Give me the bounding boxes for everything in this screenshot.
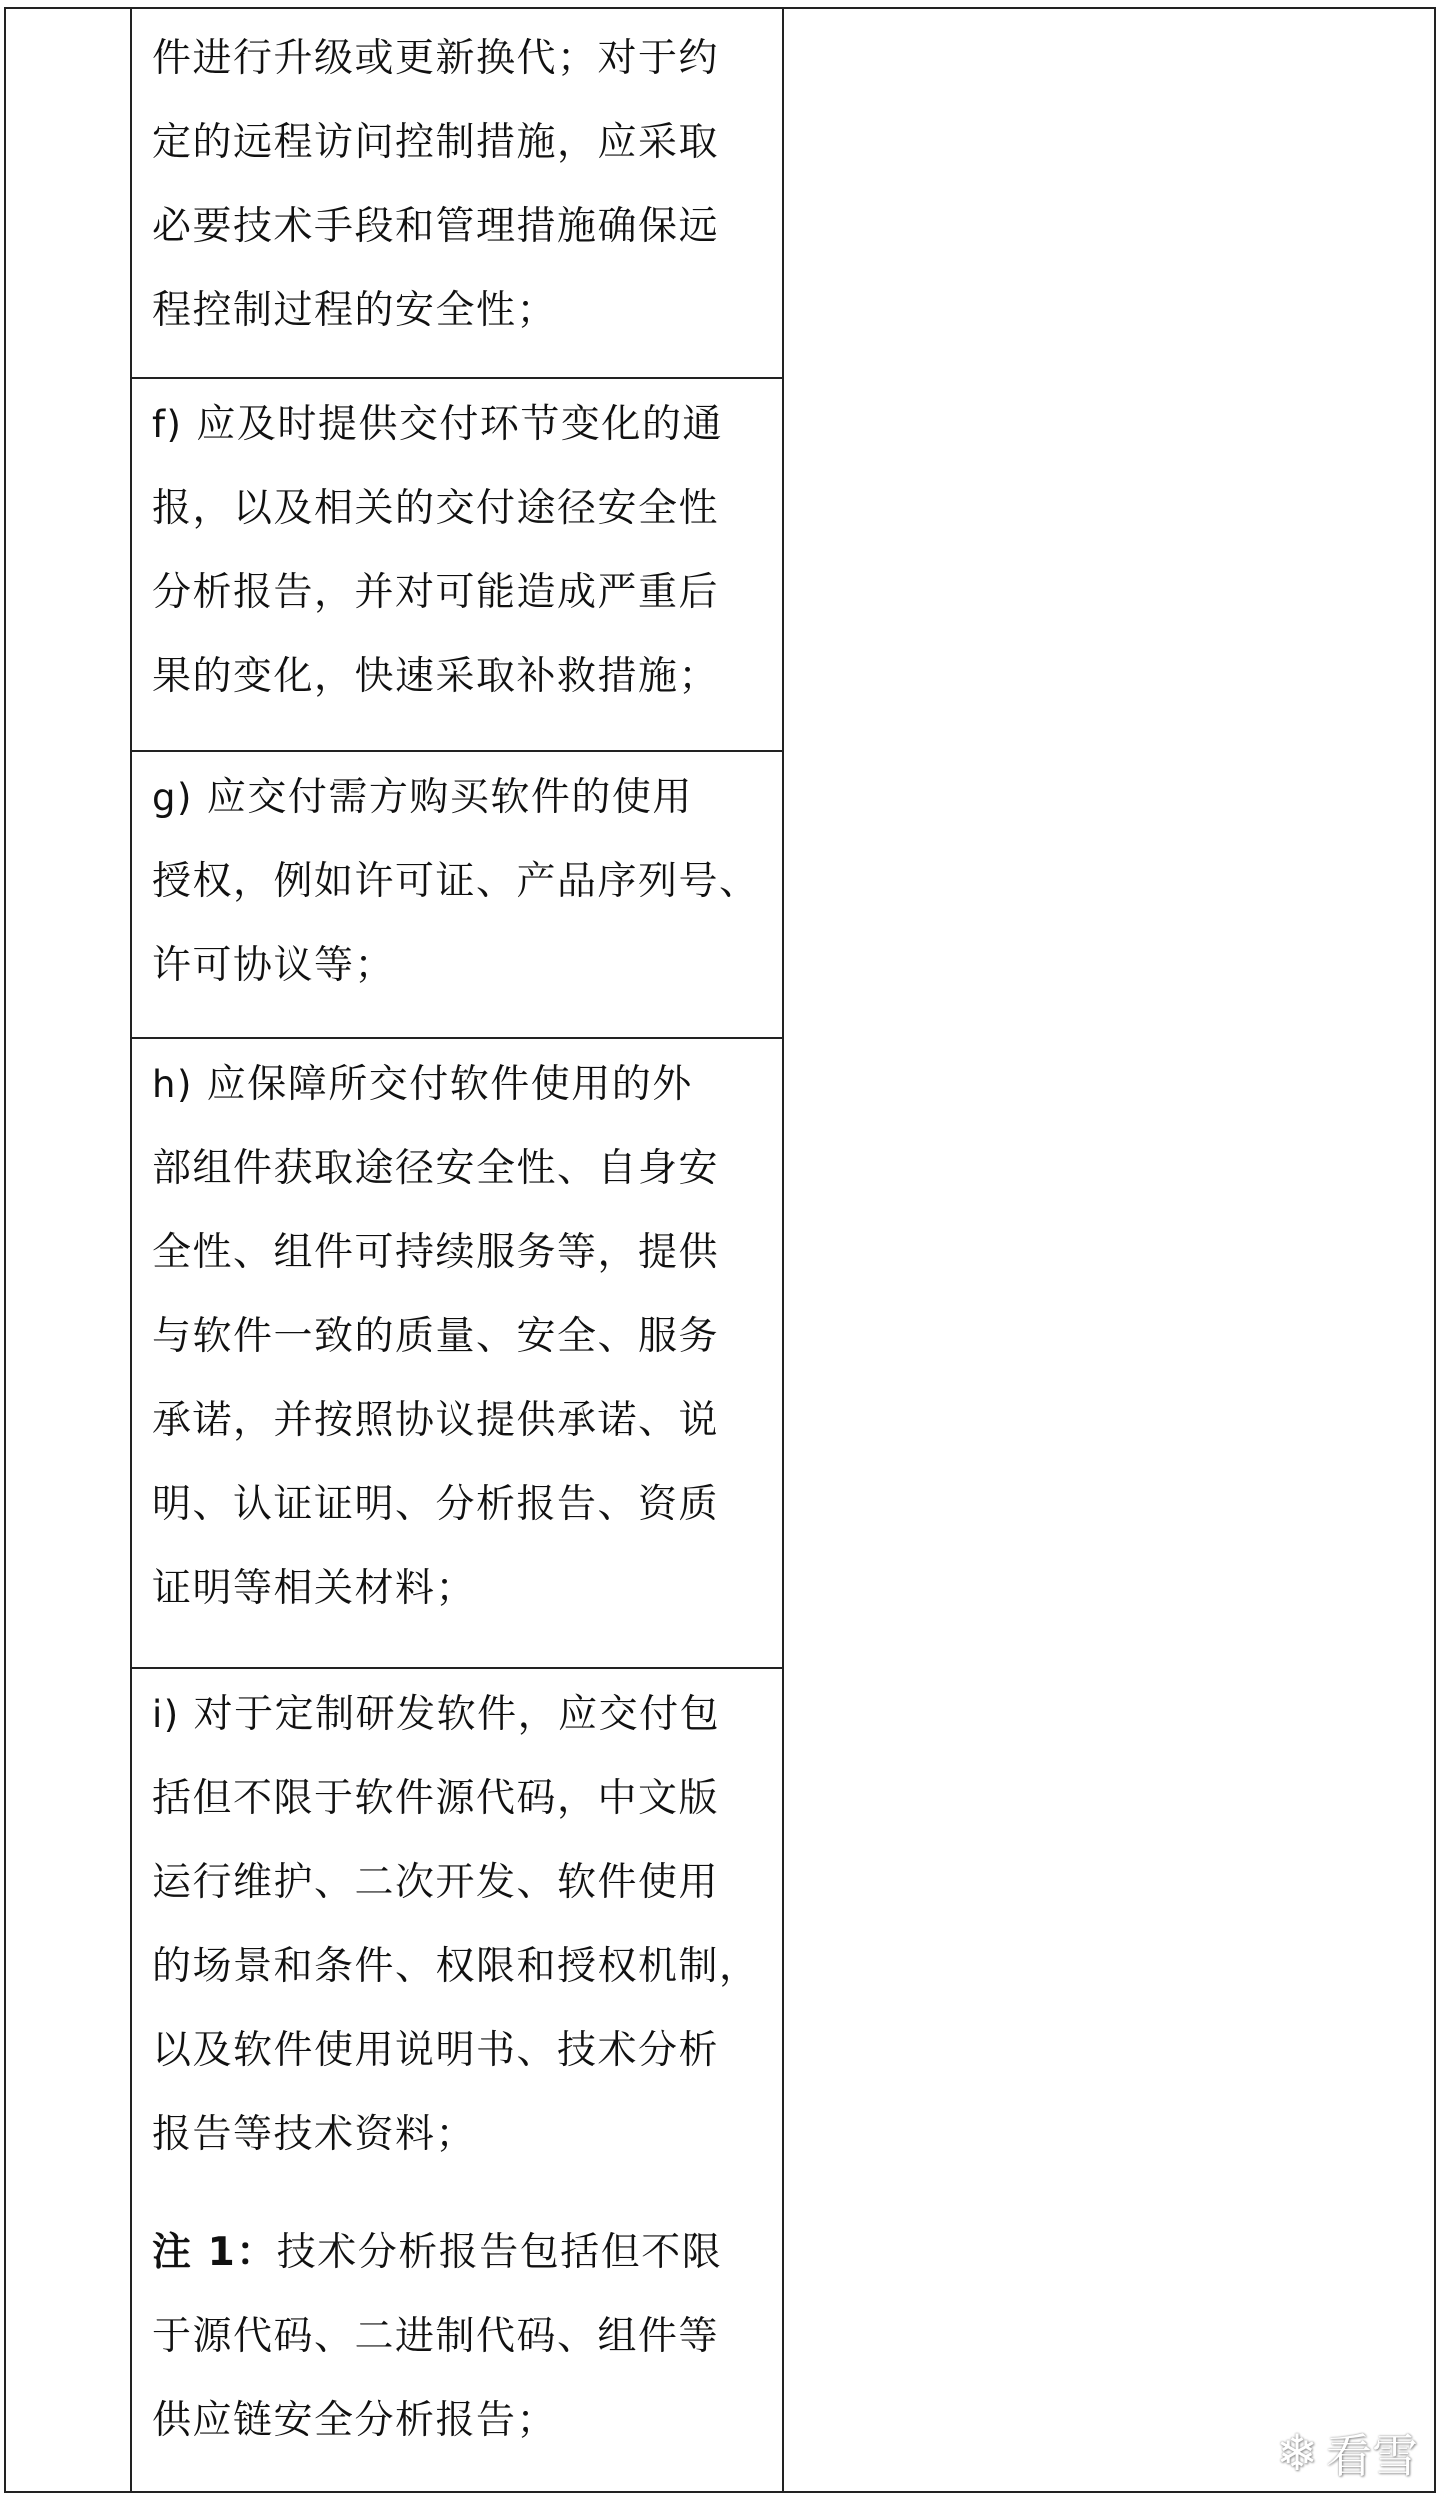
text-line: 承诺，并按照协议提供承诺、说 (152, 1379, 760, 1463)
item-label: g) (152, 776, 193, 819)
watermark-text: 看雪 (1326, 2420, 1418, 2486)
text-line: 明、认证证明、分析报告、资质 (152, 1463, 760, 1547)
note-line: 于源代码、二进制代码、组件等 (152, 2295, 760, 2379)
item-label: h) (152, 1063, 193, 1106)
table-row-i: i) 对于定制研发软件，应交付包 括但不限于软件源代码，中文版 运行维护、二次开… (132, 1669, 782, 2495)
item-label: f) (152, 403, 182, 446)
text-span: 应及时提供交付环节变化的通 (196, 402, 723, 447)
table-row-continuation: 件进行升级或更新换代；对于约 定的远程访问控制措施，应采取 必要技术手段和管理措… (132, 9, 782, 379)
text-line: 许可协议等； (152, 924, 760, 1008)
text-line: f) 应及时提供交付环节变化的通 (152, 383, 760, 467)
text-line: 必要技术手段和管理措施确保远 (152, 185, 760, 269)
text-line: 以及软件使用说明书、技术分析 (152, 2009, 760, 2093)
table-row-h: h) 应保障所交付软件使用的外 部组件获取途径安全性、自身安 全性、组件可持续服… (132, 1039, 782, 1669)
text-span: 应交付需方购买软件的使用 (207, 775, 693, 820)
text-line: h) 应保障所交付软件使用的外 (152, 1043, 760, 1127)
watermark: ❄ 看雪 (1276, 2420, 1418, 2486)
note-line: 供应链安全分析报告； (152, 2379, 760, 2463)
paragraph-spacer (152, 2177, 760, 2211)
text-line: g) 应交付需方购买软件的使用 (152, 756, 760, 840)
text-line: 的场景和条件、权限和授权机制， (152, 1925, 760, 2009)
text-line: 部组件获取途径安全性、自身安 (152, 1127, 760, 1211)
table-column-right (782, 9, 1434, 2491)
text-line: 程控制过程的安全性； (152, 269, 760, 353)
text-span: 对于定制研发软件，应交付包 (194, 1692, 721, 1737)
requirements-table: 件进行升级或更新换代；对于约 定的远程访问控制措施，应采取 必要技术手段和管理措… (4, 7, 1436, 2493)
text-span: 应保障所交付软件使用的外 (207, 1062, 693, 1107)
snowflake-icon: ❄ (1276, 2424, 1318, 2482)
text-line: 授权，例如许可证、产品序列号、 (152, 840, 760, 924)
note-label: 注 1： (152, 2230, 277, 2275)
text-line: 报，以及相关的交付途径安全性 (152, 467, 760, 551)
text-line: 报告等技术资料； (152, 2093, 760, 2177)
text-line: 括但不限于软件源代码，中文版 (152, 1757, 760, 1841)
table-row-f: f) 应及时提供交付环节变化的通 报，以及相关的交付途径安全性 分析报告，并对可… (132, 379, 782, 752)
text-line: 运行维护、二次开发、软件使用 (152, 1841, 760, 1925)
text-line: 全性、组件可持续服务等，提供 (152, 1211, 760, 1295)
text-line: 分析报告，并对可能造成严重后 (152, 551, 760, 635)
item-label: i) (152, 1693, 180, 1736)
text-line: 与软件一致的质量、安全、服务 (152, 1295, 760, 1379)
table-column-content: 件进行升级或更新换代；对于约 定的远程访问控制措施，应采取 必要技术手段和管理措… (132, 9, 782, 2491)
note-line: 注 1：技术分析报告包括但不限 (152, 2211, 760, 2295)
text-line: 果的变化，快速采取补救措施； (152, 635, 760, 719)
text-span: 技术分析报告包括但不限 (277, 2230, 723, 2275)
text-line: i) 对于定制研发软件，应交付包 (152, 1673, 760, 1757)
text-line: 定的远程访问控制措施，应采取 (152, 101, 760, 185)
text-line: 证明等相关材料； (152, 1547, 760, 1631)
table-column-left (6, 9, 132, 2491)
text-line: 件进行升级或更新换代；对于约 (152, 17, 760, 101)
table-row-g: g) 应交付需方购买软件的使用 授权，例如许可证、产品序列号、 许可协议等； (132, 752, 782, 1039)
